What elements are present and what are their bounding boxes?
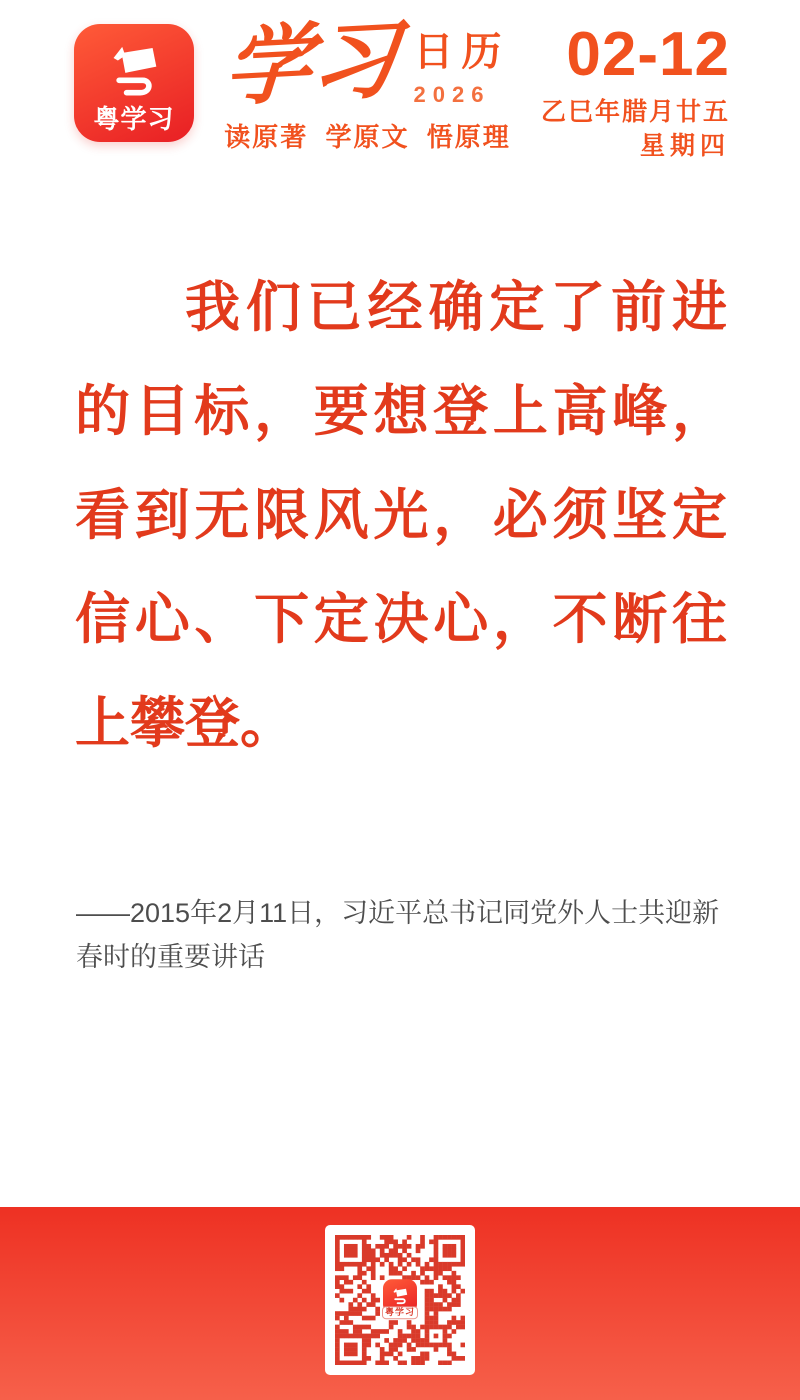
date-block: 02-12 乙巳年腊月廿五 星期四: [541, 24, 730, 159]
quote-line: 我们已经确定了前进: [75, 256, 727, 360]
qr-center-logo: 粤学习: [382, 1279, 418, 1319]
calendar-card: 粤学习 学习 日历 2026 读原著 学原文 悟原理 02-12 乙巳年腊月廿五…: [0, 0, 800, 1400]
attribution-text: ——2015年2月11日，习近平总书记同党外人士共迎新春时的重要讲话: [76, 892, 728, 979]
quote-line: 信心、下定决心，不断往: [75, 568, 727, 672]
date-weekday: 星期四: [541, 134, 730, 159]
calligraphy-xuexi: 学习: [222, 20, 401, 111]
app-logo: 粤学习: [74, 24, 194, 142]
quote-line: 看到无限风光，必须坚定: [75, 464, 727, 568]
quote-line: 上攀登。: [75, 672, 727, 776]
date-lunar: 乙巳年腊月廿五: [541, 100, 730, 125]
calendar-word-block: 日历 2026: [413, 24, 509, 106]
qr-logo-label: 粤学习: [382, 1306, 418, 1319]
book-icon: [103, 43, 165, 104]
brand-block: 学习 日历 2026 读原著 学原文 悟原理: [224, 24, 510, 150]
quote-block: 我们已经确定了前进 的目标，要想登上高峰， 看到无限风光，必须坚定 信心、下定决…: [75, 256, 727, 776]
bottom-band: 粤学习: [0, 1207, 800, 1400]
date-month-day: 02-12: [541, 24, 730, 86]
quote-line: 的目标，要想登上高峰，: [75, 360, 727, 464]
calendar-word: 日历: [413, 32, 509, 72]
tagline: 读原著 学原文 悟原理: [224, 124, 510, 150]
qr-card: 粤学习: [325, 1225, 475, 1375]
calendar-year: 2026: [413, 84, 509, 106]
header: 粤学习 学习 日历 2026 读原著 学原文 悟原理 02-12 乙巳年腊月廿五…: [74, 24, 730, 159]
app-logo-label: 粤学习: [93, 106, 174, 142]
brand-title: 学习 日历 2026: [225, 24, 509, 106]
